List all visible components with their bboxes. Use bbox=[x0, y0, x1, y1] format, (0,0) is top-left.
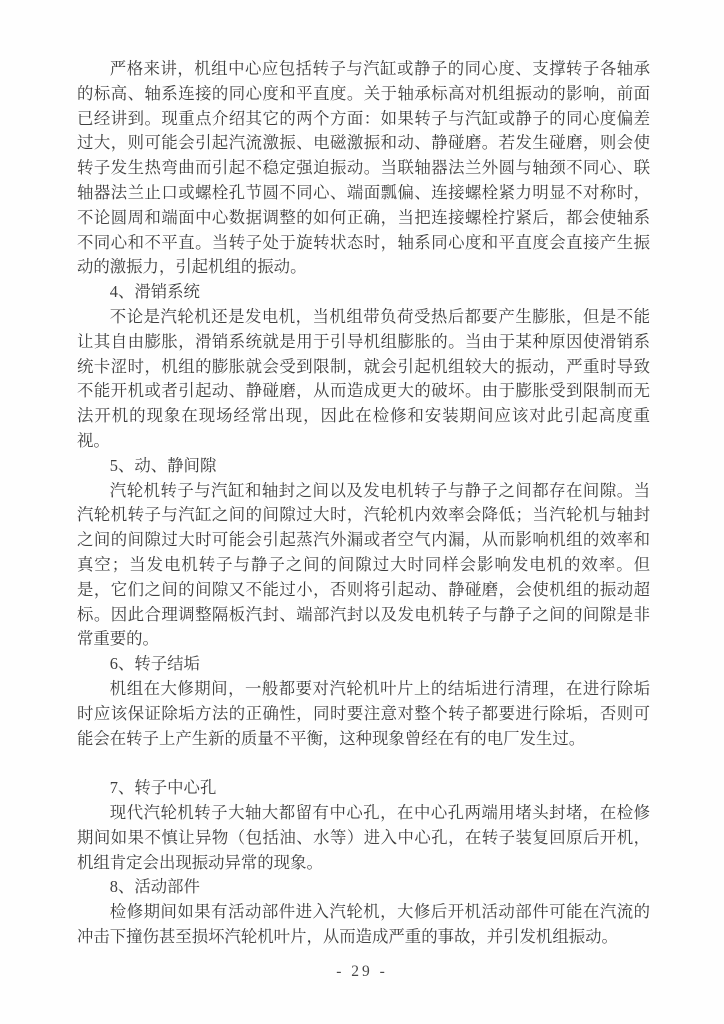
heading-section-5-dynamic-static-clearance: 5、动、静间隙 bbox=[77, 454, 650, 479]
heading-section-6-rotor-scaling: 6、转子结垢 bbox=[77, 652, 650, 677]
page-number: - 29 - bbox=[0, 963, 724, 981]
paragraph-machine-centering: 严格来讲，机组中心应包括转子与汽缸或静子的同心度、支撑转子各轴承的标高、轴系连接… bbox=[77, 57, 650, 280]
paragraph-slide-pin-system: 不论是汽轮机还是发电机，当机组带负荷受热后都要产生膨胀，但是不能让其自由膨胀，滑… bbox=[77, 305, 650, 454]
document-body: 严格来讲，机组中心应包括转子与汽缸或静子的同心度、支撑转子各轴承的标高、轴系连接… bbox=[77, 57, 650, 950]
heading-section-8-loose-parts: 8、活动部件 bbox=[77, 875, 650, 900]
paragraph-rotor-scaling: 机组在大修期间，一般都要对汽轮机叶片上的结垢进行清理，在进行除垢时应该保证除垢方… bbox=[77, 677, 650, 751]
blank-line-spacer bbox=[77, 751, 650, 776]
document-page: 严格来讲，机组中心应包括转子与汽缸或静子的同心度、支撑转子各轴承的标高、轴系连接… bbox=[0, 0, 724, 1024]
paragraph-rotor-center-hole: 现代汽轮机转子大轴大都留有中心孔，在中心孔两端用堵头封堵，在检修期间如果不慎让异… bbox=[77, 801, 650, 875]
heading-section-7-rotor-center-hole: 7、转子中心孔 bbox=[77, 776, 650, 801]
paragraph-clearances: 汽轮机转子与汽缸和轴封之间以及发电机转子与静子之间都存在间隙。当汽轮机转子与汽缸… bbox=[77, 479, 650, 653]
paragraph-loose-parts: 检修期间如果有活动部件进入汽轮机，大修后开机活动部件可能在汽流的冲击下撞伤甚至损… bbox=[77, 900, 650, 950]
heading-section-4-slide-pin-system: 4、滑销系统 bbox=[77, 280, 650, 305]
